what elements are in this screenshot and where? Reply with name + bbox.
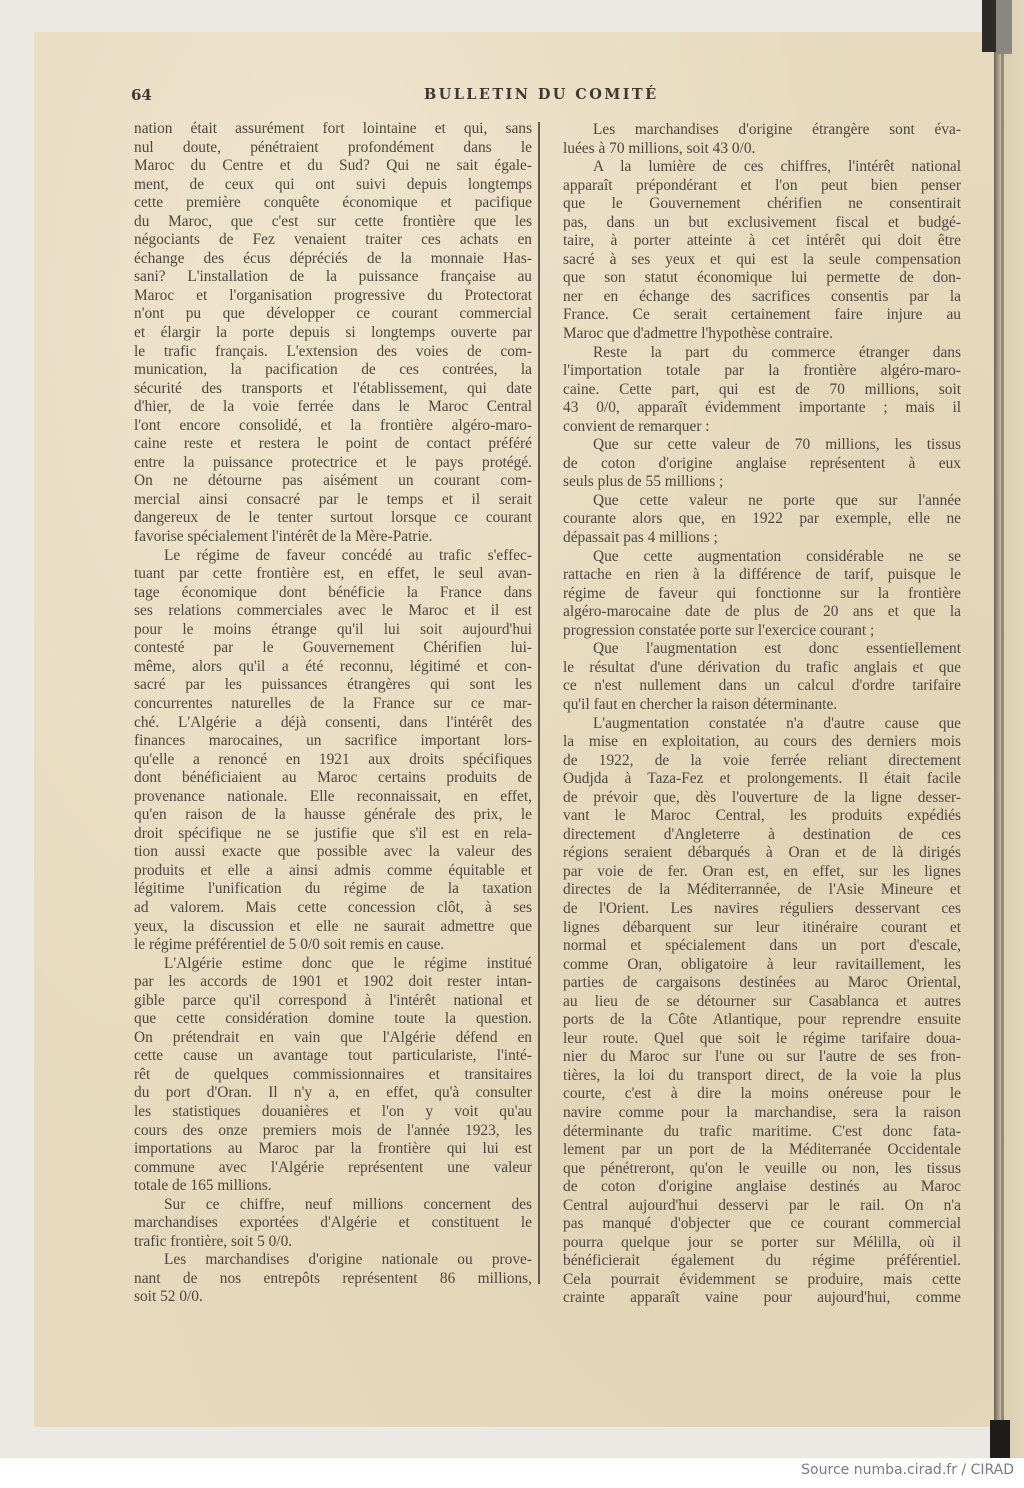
text-line: sani? L'installation de la puissance fra…: [134, 268, 532, 287]
text-line: A la lumière de ces chiffres, l'intérêt …: [563, 158, 961, 177]
text-line: n'ont pu que développer ce courant comme…: [134, 305, 532, 324]
text-line: courte, c'est à dire la moins onéreuse p…: [563, 1085, 961, 1104]
text-line: normal et spécialement dans un port d'es…: [563, 937, 961, 956]
text-line: nation était assurément fort lointaine e…: [134, 120, 532, 139]
text-line: luées à 70 millions, soit 43 0/0.: [563, 140, 961, 159]
text-line: concurrentes naturelles de la France sur…: [134, 695, 532, 714]
text-line: échange des écus dépréciés de la monnaie…: [134, 250, 532, 269]
text-line: Oudjda à Taza-Fez et prolongements. Il é…: [563, 770, 961, 789]
text-line: sécurité des transports et l'établisseme…: [134, 380, 532, 399]
text-line: leur route. Quel que soit le régime tari…: [563, 1030, 961, 1049]
text-line: progression constatée porte sur l'exerci…: [563, 622, 961, 641]
text-line: négociants de Fez venaient traiter ces a…: [134, 231, 532, 250]
text-line: tage économique dont bénéficie la France…: [134, 584, 532, 603]
text-line: ner en échange des sacrifices consentis …: [563, 288, 961, 307]
text-line: sacré par les puissances étrangères qui …: [134, 676, 532, 695]
text-line: au lieu de se détourner sur Casablanca e…: [563, 993, 961, 1012]
text-line: ce n'est nullement dans un calcul d'ordr…: [563, 677, 961, 696]
text-line: que le Gouvernement chérifien ne consent…: [563, 195, 961, 214]
text-line: parties de cargaisons destinées au Maroc…: [563, 974, 961, 993]
text-line: de l'Orient. Les navires réguliers desse…: [563, 900, 961, 919]
text-line: ché. L'Algérie a déjà consenti, dans l'i…: [134, 714, 532, 733]
text-line: pour le moins étrange qu'il lui soit auj…: [134, 621, 532, 640]
text-line: lement par un port de la Méditerranée Oc…: [563, 1141, 961, 1160]
text-line: nier du Maroc sur l'une ou sur l'autre d…: [563, 1048, 961, 1067]
text-line: la mise en exploitation, au cours des de…: [563, 733, 961, 752]
text-line: que cette considération domine toute la …: [134, 1010, 532, 1029]
text-line: Que cette augmentation considérable ne s…: [563, 548, 961, 567]
text-line: du Maroc, que c'est sur cette frontière …: [134, 213, 532, 232]
text-line: rattache en rien à la différence de tari…: [563, 566, 961, 585]
text-line: l'ont encore consolidé, et la frontière …: [134, 417, 532, 436]
text-line: régime de faveur qui fonctionne sur la f…: [563, 585, 961, 604]
text-line: produits et elle a ainsi admis comme équ…: [134, 862, 532, 881]
text-line: Les marchandises d'origine étrangère son…: [563, 121, 961, 140]
text-line: soit 52 0/0.: [134, 1288, 532, 1307]
text-line: le régime préférentiel de 5 0/0 soit rem…: [134, 936, 532, 955]
binding-clip-bottom: [990, 1420, 1010, 1458]
text-line: régions seraient débarqués à Oran et de …: [563, 844, 961, 863]
text-line: nant de nos entrepôts représentent 86 mi…: [134, 1270, 532, 1289]
text-line: qu'il faut en chercher la raison détermi…: [563, 696, 961, 715]
text-line: On prétendrait en vain que l'Algérie déf…: [134, 1029, 532, 1048]
text-line: marchandises exportées d'Algérie et cons…: [134, 1214, 532, 1233]
text-line: caine reste et restera le point de conta…: [134, 435, 532, 454]
text-line: vant le Maroc Central, les produits expé…: [563, 807, 961, 826]
text-line: de coton d'origine anglaise représentent…: [563, 455, 961, 474]
text-line: pas, dans un but exclusivement fiscal et…: [563, 214, 961, 233]
text-line: tion aussi exacte que possible avec la v…: [134, 843, 532, 862]
text-line: L'Algérie estime donc que le régime inst…: [134, 955, 532, 974]
page-header: 64 BULLETIN DU COMITÉ: [0, 86, 1024, 110]
text-line: de 1922, de la voie ferrée reliant direc…: [563, 752, 961, 771]
text-line: pas manqué d'objecter que ce courant com…: [563, 1215, 961, 1234]
text-line: cours des onze premiers mois de l'année …: [134, 1122, 532, 1141]
text-line: Les marchandises d'origine nationale ou …: [134, 1251, 532, 1270]
text-line: le trafic français. L'extension des voie…: [134, 343, 532, 362]
text-line: d'hier, de la voie ferrée dans le Maroc …: [134, 398, 532, 417]
text-line: rêt de quelques commissionnaires et tran…: [134, 1066, 532, 1085]
text-line: apparaît prépondérant et l'on peut bien …: [563, 177, 961, 196]
text-line: que pénétreront, qu'on le veuille ou non…: [563, 1160, 961, 1179]
text-line: que son statut économique lui permette d…: [563, 269, 961, 288]
text-column-left: nation était assurément fort lointaine e…: [134, 120, 532, 1307]
text-line: trafic frontière, soit 5 0/0.: [134, 1233, 532, 1252]
text-line: directes de la Méditerrannée, de l'Asie …: [563, 881, 961, 900]
source-credit: Source numba.cirad.fr / CIRAD: [801, 1462, 1014, 1478]
text-line: seuls plus de 55 millions ;: [563, 473, 961, 492]
text-line: et élargir la porte depuis si longtemps …: [134, 324, 532, 343]
text-line: ad valorem. Mais cette concession clôt, …: [134, 899, 532, 918]
text-line: Sur ce chiffre, neuf millions concernent…: [134, 1196, 532, 1215]
text-line: qu'elle a renoncé en 1921 aux droits spé…: [134, 751, 532, 770]
text-line: dangereux de le tenter surtout lorsque c…: [134, 509, 532, 528]
running-title: BULLETIN DU COMITÉ: [424, 86, 659, 103]
text-line: Central aujourd'hui desservi par le rail…: [563, 1197, 961, 1216]
text-line: droit spécifique ne se justifie que s'il…: [134, 825, 532, 844]
binding-line: [1001, 52, 1004, 1432]
text-line: le résultat d'une dérivation du trafic a…: [563, 659, 961, 678]
text-line: sacré à ses yeux et qui est la seule com…: [563, 251, 961, 270]
text-line: cette première conquête économique et pa…: [134, 194, 532, 213]
text-line: 43 0/0, apparaît évidemment importante ;…: [563, 399, 961, 418]
text-line: entre la puissance protectrice et le pay…: [134, 454, 532, 473]
text-line: Le régime de faveur concédé au trafic s'…: [134, 547, 532, 566]
text-line: Maroc et l'organisation progressive du P…: [134, 287, 532, 306]
page-number: 64: [131, 86, 152, 104]
text-line: favorise spécialement l'intérêt de la Mè…: [134, 528, 532, 547]
text-line: de prévoir que, dès l'ouverture de la li…: [563, 789, 961, 808]
text-line: nul doute, pénétraient profondément dans…: [134, 139, 532, 158]
text-line: commune avec l'Algérie représentent une …: [134, 1159, 532, 1178]
text-line: les statistiques douanières et l'on y vo…: [134, 1103, 532, 1122]
text-line: L'augmentation constatée n'a d'autre cau…: [563, 715, 961, 734]
text-line: l'importation totale par la frontière al…: [563, 362, 961, 381]
text-line: Que l'augmentation est donc essentiellem…: [563, 640, 961, 659]
text-line: Reste la part du commerce étranger dans: [563, 344, 961, 363]
binding-clip-top: [982, 0, 996, 52]
text-line: importations au Maroc par la frontière q…: [134, 1140, 532, 1159]
text-line: qu'en raison de la hausse générale des p…: [134, 806, 532, 825]
text-line: Maroc que d'admettre l'hypothèse contrai…: [563, 325, 961, 344]
text-line: ment, de ceux qui ont suivi depuis longt…: [134, 176, 532, 195]
text-line: lignes débarquent sur leur itinéraire co…: [563, 919, 961, 938]
text-line: caine. Cette part, qui est de 70 million…: [563, 381, 961, 400]
text-line: tuant par cette frontière est, en effet,…: [134, 565, 532, 584]
text-line: finances marocaines, un sacrifice import…: [134, 732, 532, 751]
text-line: Que sur cette valeur de 70 millions, les…: [563, 436, 961, 455]
text-line: Maroc du Centre et du Sud? Qui ne sait é…: [134, 157, 532, 176]
text-line: bénéficierait également du régime préfér…: [563, 1252, 961, 1271]
text-line: par les accords de 1901 et 1902 doit res…: [134, 973, 532, 992]
text-line: par voie de fer. Oran est, en effet, sur…: [563, 863, 961, 882]
text-line: algéro-marocaine date de plus de 20 ans …: [563, 603, 961, 622]
text-line: totale de 165 millions.: [134, 1177, 532, 1196]
text-line: munication, la pacification de ces contr…: [134, 361, 532, 380]
binding-clip-top-shadow: [996, 0, 1012, 54]
text-line: dépassait pas 4 millions ;: [563, 529, 961, 548]
text-line: crainte apparaît vaine pour aujourd'hui,…: [563, 1289, 961, 1308]
text-line: dont bénéficiaient au Maroc certains pro…: [134, 769, 532, 788]
text-line: légitime l'unification du régime de la t…: [134, 880, 532, 899]
text-line: de coton d'origine anglaise destinés au …: [563, 1178, 961, 1197]
text-line: gible parce qu'il correspond à l'intérêt…: [134, 992, 532, 1011]
text-line: du port d'Oran. Il n'y a, en effet, qu'à…: [134, 1084, 532, 1103]
document-viewer: 64 BULLETIN DU COMITÉ nation était assur…: [0, 0, 1024, 1488]
text-line: navire comme pour la marchandise, sera l…: [563, 1104, 961, 1123]
column-divider: [538, 122, 540, 1284]
text-line: mercial ainsi consacré par le temps et i…: [134, 491, 532, 510]
text-line: ses relations commerciales avec le Maroc…: [134, 602, 532, 621]
text-line: pourra quelque jour se porter sur Mélill…: [563, 1234, 961, 1253]
text-line: On ne détourne pas aisément un courant c…: [134, 472, 532, 491]
text-line: courante alors que, en 1922 par exemple,…: [563, 510, 961, 529]
text-line: ports de la Côte Atlantique, pour repren…: [563, 1011, 961, 1030]
text-line: tières, la loi du transport direct, de l…: [563, 1067, 961, 1086]
text-line: contesté par le Gouvernement Chérifien l…: [134, 639, 532, 658]
text-line: comme Oran, obligatoire à leur ravitaill…: [563, 956, 961, 975]
page-binding-edge: [994, 0, 1024, 1458]
text-line: provenance nationale. Elle reconnaissait…: [134, 788, 532, 807]
text-line: convient de remarquer :: [563, 418, 961, 437]
text-line: France. Ce serait certainement faire inj…: [563, 306, 961, 325]
text-line: taire, à porter atteinte à cet intérêt q…: [563, 232, 961, 251]
text-line: yeux, la discussion et elle ne saurait a…: [134, 918, 532, 937]
text-line: Que cette valeur ne porte que sur l'anné…: [563, 492, 961, 511]
text-column-right: Les marchandises d'origine étrangère son…: [563, 121, 961, 1308]
text-line: déterminante du trafic maritime. C'est d…: [563, 1123, 961, 1142]
text-line: même, alors qu'il a été reconnu, légitim…: [134, 658, 532, 677]
text-line: directement d'Angleterre à destination d…: [563, 826, 961, 845]
text-line: Cela pourrait évidemment se produire, ma…: [563, 1271, 961, 1290]
text-line: cette cause un avantage tout particulari…: [134, 1047, 532, 1066]
